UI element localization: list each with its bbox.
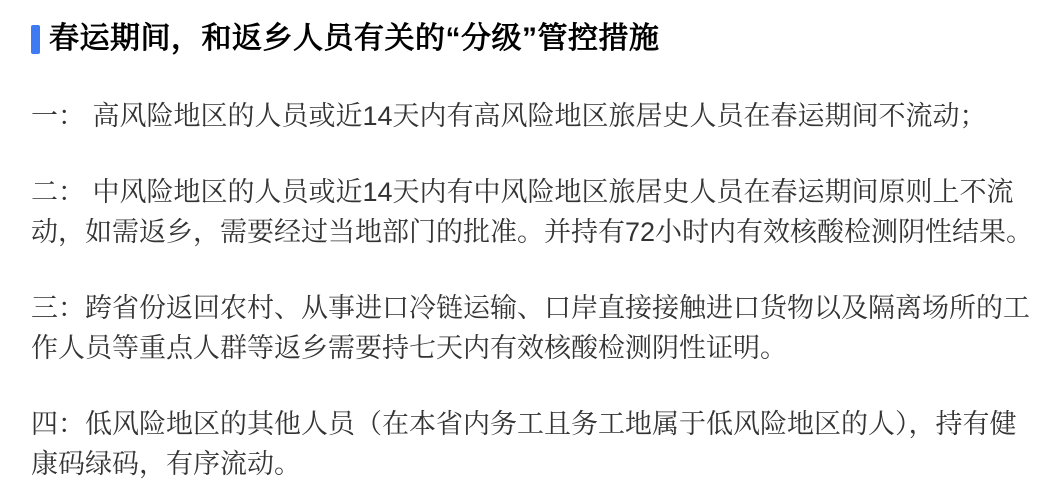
paragraph-rule-1-high-risk: 一： 高风险地区的人员或近14天内有高风险地区旅居史人员在春运期间不流动； [31,96,1039,136]
paragraph-rule-4-low-risk: 四：低风险地区的其他人员（在本省内务工且务工地属于低风险地区的人），持有健康码绿… [31,404,1039,484]
page-title: 春运期间，和返乡人员有关的“分级”管控措施 [49,18,660,60]
paragraph-rule-2-medium-risk: 二： 中风险地区的人员或近14天内有中风险地区旅居史人员在春运期间原则上不流动，… [31,172,1039,252]
article: 春运期间，和返乡人员有关的“分级”管控措施 一： 高风险地区的人员或近14天内有… [0,0,1053,484]
title-row: 春运期间，和返乡人员有关的“分级”管控措施 [31,18,1039,60]
title-accent-bar [31,25,40,54]
paragraph-rule-3-key-groups: 三：跨省份返回农村、从事进口冷链运输、口岸直接接触进口货物以及隔离场所的工作人员… [31,288,1039,368]
